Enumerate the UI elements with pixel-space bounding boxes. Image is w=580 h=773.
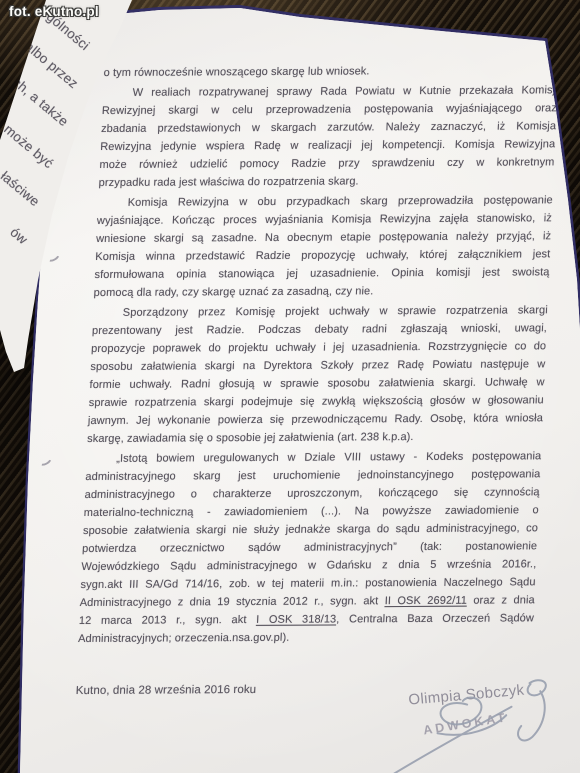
photo-watermark: fot. eKutno.pl (9, 4, 99, 19)
photo-scene: o tym równocześnie wnoszącego skargę lub… (0, 0, 580, 773)
text-line: może również udzielić pomocy Radzie przy… (99, 153, 555, 174)
paragraph: Sporządzony przez Komisję projekt uchwał… (87, 301, 548, 448)
text-line: jawnym. Jej wykonanie powierza się przew… (88, 409, 544, 430)
folded-text-fragment: ł może być (0, 117, 57, 171)
underlined-citation: II OSK 2692/11 (384, 595, 467, 607)
paragraph: o tym równocześnie wnoszącego skargę lub… (103, 61, 559, 82)
text-line: 12 marca 2013 r., sygn. akt I OSK 318/13… (79, 609, 535, 630)
document-text: o tym równocześnie wnoszącego skargę lub… (75, 61, 559, 700)
text-line: pomocą dla rady, czy skargę uznać za zas… (93, 281, 549, 302)
text-line: przypadku rada jest właściwa do rozpatrz… (98, 171, 554, 192)
paragraphs: o tym równocześnie wnoszącego skargę lub… (78, 61, 559, 648)
underlined-citation: I OSK 318/13 (256, 613, 337, 625)
hole-punch-mark (37, 453, 54, 468)
folded-text-fragment: ości (94, 0, 123, 1)
handwritten-signature-icon (381, 670, 569, 773)
text-line: o tym równocześnie wnoszącego skargę lub… (103, 61, 559, 82)
paragraph: „Istotą bowiem uregulowanych w Dziale VI… (78, 447, 542, 648)
text-line: Administracyjnych; orzeczenia.nsa.gov.pl… (78, 627, 534, 648)
folded-text-fragment: ów (8, 224, 31, 247)
paragraph: Komisja Rewizyjna w obu przypadkach skar… (93, 191, 553, 302)
folded-text-fragment: łaściwe (0, 168, 43, 209)
document-page: o tym równocześnie wnoszącego skargę lub… (0, 0, 580, 773)
paragraph: W realiach rozpatrywanej sprawy Rada Pow… (98, 81, 558, 192)
signature-block: Olimpia Sobczyk ADWOKAT (381, 670, 569, 773)
hole-punch-mark (45, 249, 62, 264)
text-line: skargę, zawiadamia się o sposobie jej za… (87, 427, 543, 448)
text-line: sformułowana opinia stanowiąca jej uzasa… (94, 263, 550, 284)
